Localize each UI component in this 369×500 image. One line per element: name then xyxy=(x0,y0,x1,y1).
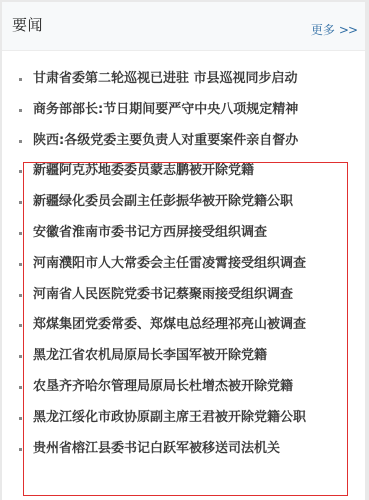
news-item[interactable]: 安徽省淮南市委书记方西屏接受组织调查 xyxy=(2,218,365,249)
bullet-icon xyxy=(19,109,22,112)
news-title: 贵州省榕江县委书记白跃军被移送司法机关 xyxy=(33,441,280,456)
news-title: 安徽省淮南市委书记方西屏接受组织调查 xyxy=(33,225,267,240)
bullet-icon xyxy=(19,448,22,451)
double-chevron-right-icon: >> xyxy=(339,23,357,37)
news-title: 农垦齐齐哈尔管理局原局长杜增杰被开除党籍 xyxy=(33,379,293,394)
news-item[interactable]: 陕西:各级党委主要负责人对重要案件亲自督办 xyxy=(2,126,365,157)
news-item[interactable]: 新疆阿克苏地委委员蒙志鹏被开除党籍 xyxy=(2,156,365,187)
bullet-icon xyxy=(19,263,22,266)
panel-title: 要闻 xyxy=(12,14,43,35)
news-item[interactable]: 郑煤集团党委常委、郑煤电总经理祁亮山被调查 xyxy=(2,310,365,341)
bullet-icon xyxy=(19,324,22,327)
news-item[interactable]: 商务部部长:节日期间要严守中央八项规定精神 xyxy=(2,95,365,126)
more-label: 更多 xyxy=(311,23,335,37)
bullet-icon xyxy=(19,78,22,81)
news-item[interactable]: 黑龙江绥化市政协原副主席王君被开除党籍公职 xyxy=(2,403,365,434)
news-title: 新疆阿克苏地委委员蒙志鹏被开除党籍 xyxy=(33,163,254,178)
news-item[interactable]: 河南省人民医院党委书记蔡聚雨接受组织调查 xyxy=(2,280,365,311)
bullet-icon xyxy=(19,294,22,297)
news-list: 甘肃省委第二轮巡视已进驻 市县巡视同步启动 商务部部长:节日期间要严守中央八项规… xyxy=(2,64,365,464)
news-panel: 要闻 更多>> 甘肃省委第二轮巡视已进驻 市县巡视同步启动 商务部部长:节日期间… xyxy=(2,2,365,500)
news-item[interactable]: 黑龙江省农机局原局长李国军被开除党籍 xyxy=(2,341,365,372)
news-item[interactable]: 甘肃省委第二轮巡视已进驻 市县巡视同步启动 xyxy=(2,64,365,95)
news-item[interactable]: 贵州省榕江县委书记白跃军被移送司法机关 xyxy=(2,434,365,465)
bullet-icon xyxy=(19,170,22,173)
bullet-icon xyxy=(19,386,22,389)
more-link[interactable]: 更多>> xyxy=(311,21,357,38)
bullet-icon xyxy=(19,140,22,143)
news-item[interactable]: 河南濮阳市人大常委会主任雷凌霄接受组织调查 xyxy=(2,249,365,280)
news-item[interactable]: 农垦齐齐哈尔管理局原局长杜增杰被开除党籍 xyxy=(2,372,365,403)
news-title: 甘肃省委第二轮巡视已进驻 市县巡视同步启动 xyxy=(33,71,298,86)
news-title: 商务部部长:节日期间要严守中央八项规定精神 xyxy=(33,102,298,117)
panel-header: 要闻 更多>> xyxy=(2,2,365,51)
news-title: 河南濮阳市人大常委会主任雷凌霄接受组织调查 xyxy=(33,256,306,271)
news-title: 黑龙江省农机局原局长李国军被开除党籍 xyxy=(33,348,267,363)
bullet-icon xyxy=(19,201,22,204)
news-title: 新疆绿化委员会副主任彭振华被开除党籍公职 xyxy=(33,194,293,209)
news-title: 黑龙江绥化市政协原副主席王君被开除党籍公职 xyxy=(33,410,306,425)
news-item[interactable]: 新疆绿化委员会副主任彭振华被开除党籍公职 xyxy=(2,187,365,218)
news-title: 河南省人民医院党委书记蔡聚雨接受组织调查 xyxy=(33,287,293,302)
bullet-icon xyxy=(19,232,22,235)
news-title: 郑煤集团党委常委、郑煤电总经理祁亮山被调查 xyxy=(33,317,306,332)
bullet-icon xyxy=(19,417,22,420)
bullet-icon xyxy=(19,355,22,358)
news-title: 陕西:各级党委主要负责人对重要案件亲自督办 xyxy=(33,133,298,148)
